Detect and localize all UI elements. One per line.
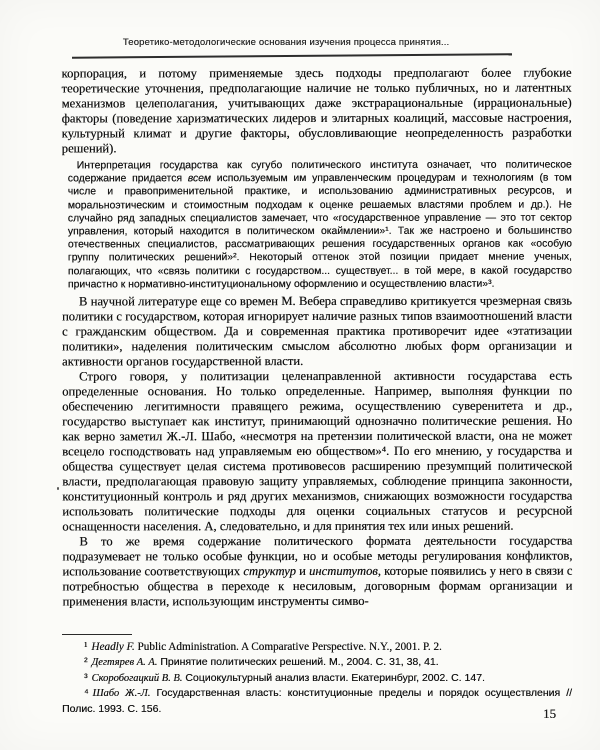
footnote-4: ⁴Шабо Ж.-Л. Государственная власть: конс… — [62, 686, 572, 716]
footnote-4-marker: ⁴ — [84, 687, 89, 699]
p4-italic-structures: структур — [243, 564, 296, 578]
p4-italic-institutions: институтов — [309, 564, 378, 578]
block-quote: Интерпретация государства как сугубо пол… — [68, 159, 572, 292]
footnote-2: ²Дегтярев А. А. Принятие политических ре… — [62, 655, 572, 671]
footnote-4-author: Шабо Ж.-Л. — [93, 688, 151, 699]
footnote-1: ¹Headly F. Public Administration. A Comp… — [62, 640, 572, 655]
footnote-1-author: Headly F. — [91, 641, 134, 653]
footnote-2-author: Дегтярев А. А. — [92, 657, 158, 668]
footnote-3-author: Скоробогацкий В. В. — [92, 673, 183, 684]
footnote-3-marker: ³ — [84, 672, 88, 684]
footnote-1-text: Public Administration. A Comparative Per… — [135, 641, 442, 653]
quote-italic-word: всем — [188, 173, 211, 184]
paragraph-political-format: В то же время содержание политического ф… — [62, 534, 572, 610]
footnote-1-marker: ¹ — [84, 641, 87, 653]
footnote-separator — [62, 634, 132, 635]
paragraph-weber: В научной литературе еще со времен М. Ве… — [62, 294, 572, 370]
paragraph-strictly-speaking: Строго говоря, у политизации целенаправл… — [62, 369, 572, 535]
quote-text-rest: используемым им управленческим процедура… — [68, 173, 572, 291]
footnote-2-text: Принятие политических решений. М., 2004.… — [157, 656, 438, 668]
book-page: Теоретико-методологические основания изу… — [0, 0, 600, 750]
footnote-area: ¹Headly F. Public Administration. A Comp… — [62, 634, 572, 716]
paragraph-continuation: корпорация, и потому применяемые здесь п… — [62, 66, 572, 157]
footnote-2-marker: ² — [84, 656, 88, 668]
page-number: 15 — [543, 706, 556, 722]
footnote-3: ³Скоробогацкий В. В. Социокультурный ана… — [62, 671, 572, 687]
footnote-3-text: Социокультурный анализ власти. Екатеринб… — [182, 672, 485, 684]
scan-speck — [57, 487, 59, 490]
running-header: Теоретико-методологические основания изу… — [0, 37, 572, 48]
p4-text-and: и — [296, 564, 309, 578]
header-rule — [72, 53, 512, 58]
text-column: корпорация, и потому применяемые здесь п… — [62, 66, 573, 639]
